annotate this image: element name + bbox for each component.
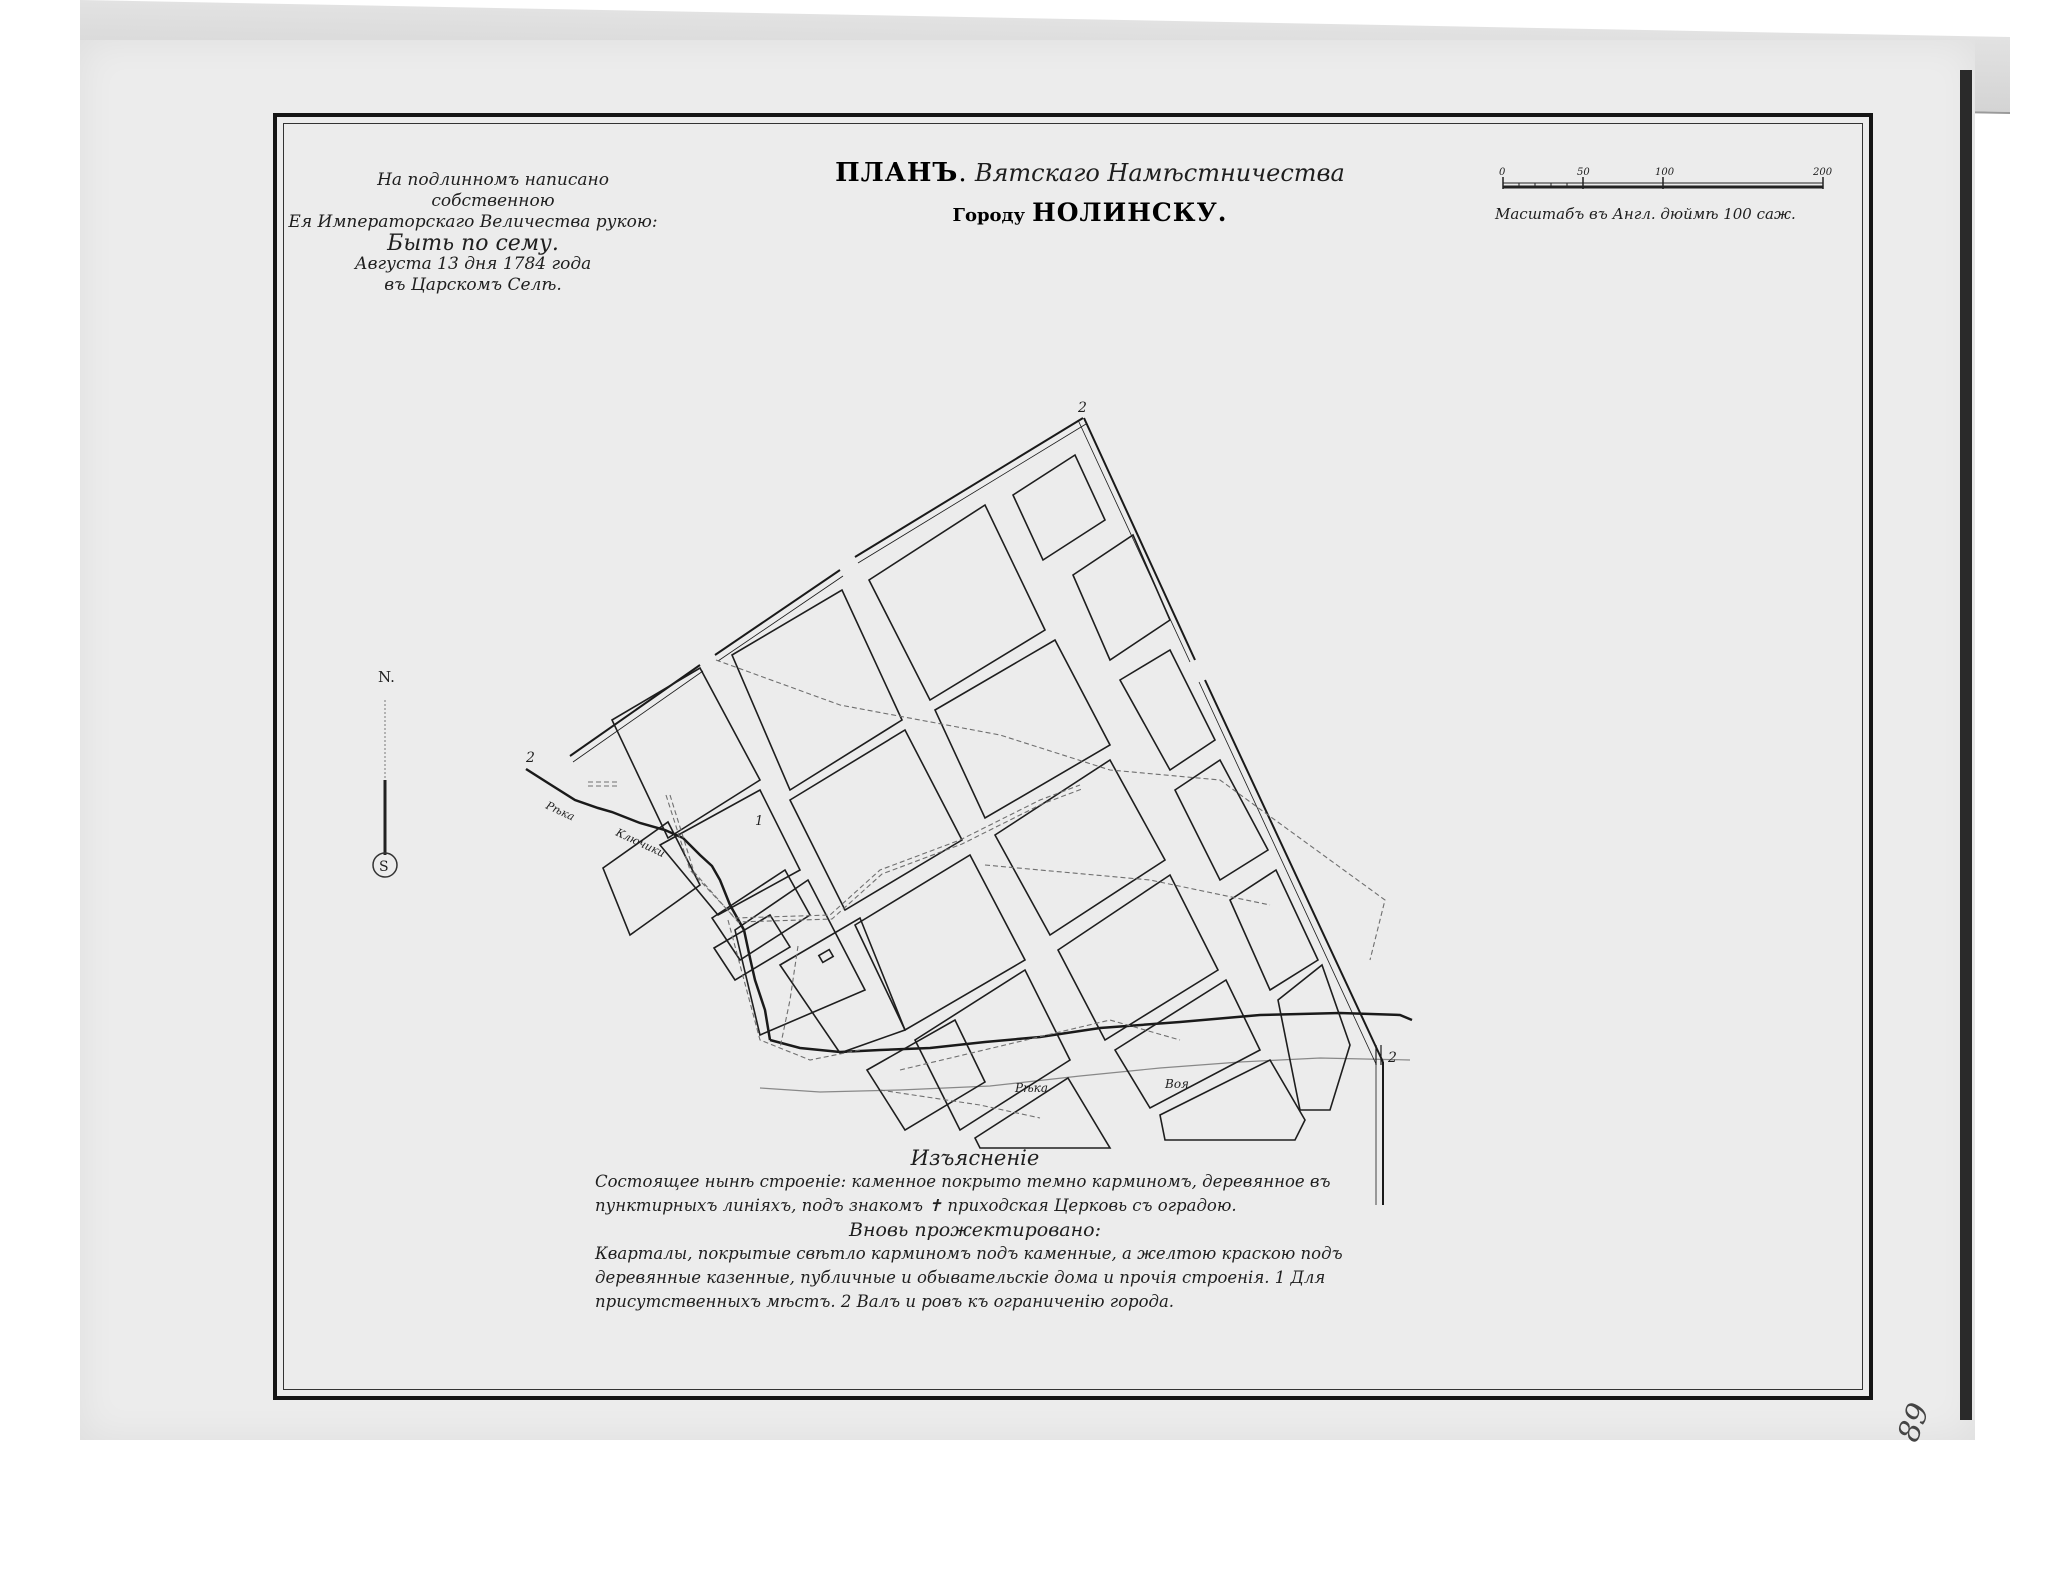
north-arrow-icon: N. S — [373, 668, 397, 877]
town-plan-drawing: N. S — [0, 0, 2048, 1585]
marker-2-top: 2 — [1077, 400, 1087, 416]
marker-2-right: 2 — [1387, 1050, 1397, 1066]
legend-header: Изъясненіе — [595, 1146, 1355, 1170]
river-voya-bank — [770, 1013, 1412, 1052]
river-left-label-1: Рѣка — [543, 799, 577, 824]
existing-streets-dashed — [588, 660, 1385, 1118]
church-icon — [819, 950, 833, 963]
compass-north-label: N. — [378, 668, 395, 686]
marker-2-left: 2 — [525, 750, 535, 766]
legend-projected-header: Вновь прожектировано: — [595, 1218, 1355, 1242]
legend-existing-text: Состоящее нынѣ строеніе: каменное покрыт… — [595, 1170, 1355, 1218]
river-bottom-label-1: Рѣка — [1014, 1081, 1048, 1095]
rampart-east — [1084, 418, 1383, 1205]
river-bottom-label-2: Воя — [1164, 1077, 1189, 1091]
site-1-government-offices — [714, 915, 790, 980]
marker-1: 1 — [755, 814, 763, 829]
map-legend: Изъясненіе Состоящее нынѣ строеніе: каме… — [595, 1146, 1355, 1314]
legend-projected-text: Кварталы, покрытые свѣтло карминомъ подъ… — [595, 1242, 1355, 1314]
river-voya-far-bank — [760, 1058, 1410, 1092]
svg-text:S: S — [379, 859, 389, 875]
